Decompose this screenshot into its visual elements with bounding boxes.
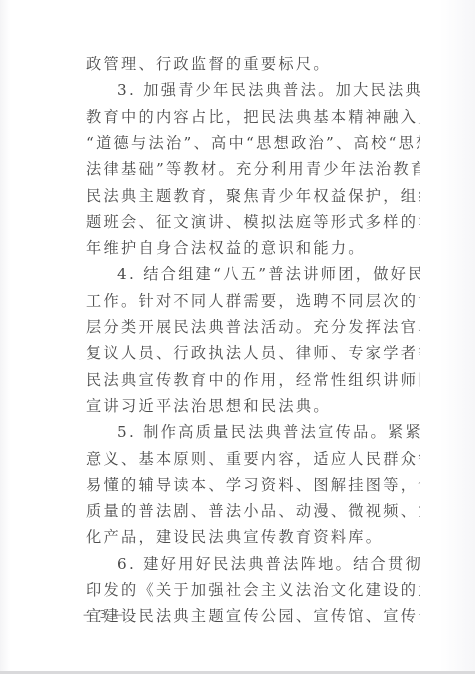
text-line: 5. 制作高质量民法典普法宣传品。紧紧围绕民法典重大 <box>117 423 420 441</box>
text-line: 宣讲习近平法治思想和民法典。 <box>86 397 420 415</box>
text-line: 意义、基本原则、重要内容，适应人民群众需求，编写通俗 <box>86 450 420 468</box>
text-line: 化产品，建设民法典宣传教育资料库。 <box>86 528 420 546</box>
text-line: 民法典宣传教育中的作用，经常性组织讲师团深入基层广泛 <box>86 371 420 389</box>
document-page: 政管理、行政监督的重要标尺。 3. 加强青少年民法典普法。加大民法典在大中小学法… <box>0 0 475 671</box>
text-line: 民法典主题教育，聚焦青少年权益保护，组织开展民法典主 <box>86 187 420 205</box>
text-line: 3. 加强青少年民法典普法。加大民法典在大中小学法治 <box>117 81 420 99</box>
text-line: 教育中的内容占比，把民法典基本精神融入义务教育阶段 <box>86 108 420 126</box>
text-line: 4. 结合组建“八五”普法讲师团，做好民法典讲师选聘 <box>117 265 420 283</box>
text-line: 6. 建好用好民法典普法阵地。结合贯彻落实中办、国办 <box>117 555 420 573</box>
text-line: 层分类开展民法典普法活动。充分发挥法官、检察官、行政 <box>86 318 420 336</box>
page-number: — 3 — <box>83 608 124 621</box>
text-line: 政管理、行政监督的重要标尺。 <box>86 55 420 73</box>
text-line: 年维护自身合法权益的意识和能力。 <box>86 239 420 257</box>
text-line: 法律基础”等教材。充分利用青少年法治教育实践基地开展 <box>86 160 420 178</box>
text-line: 易懂的辅导读本、学习资料、图解挂图等，创作展播一批高 <box>86 476 420 494</box>
text-line: 印发的《关于加强社会主义法治文化建设的意见》，因地制 <box>86 581 420 599</box>
text-line: 质量的普法剧、普法小品、动漫、微视频、宣传片等法治文 <box>86 502 420 520</box>
text-line: 复议人员、行政执法人员、律师、专家学者等法律职业者在 <box>86 344 420 362</box>
text-line: “道德与法治”、高中“思想政治”、高校“思想道德修养与 <box>86 134 420 152</box>
text-line: 工作。针对不同人群需要，选聘不同层次的讲师团成员，分 <box>86 292 420 310</box>
text-line: 题班会、征文演讲、模拟法庭等形式多样的活动，提升青少 <box>86 213 420 231</box>
text-line: 宜建设民法典主题宣传公园、宣传馆、宣传长廊等法治文化 <box>86 607 420 625</box>
